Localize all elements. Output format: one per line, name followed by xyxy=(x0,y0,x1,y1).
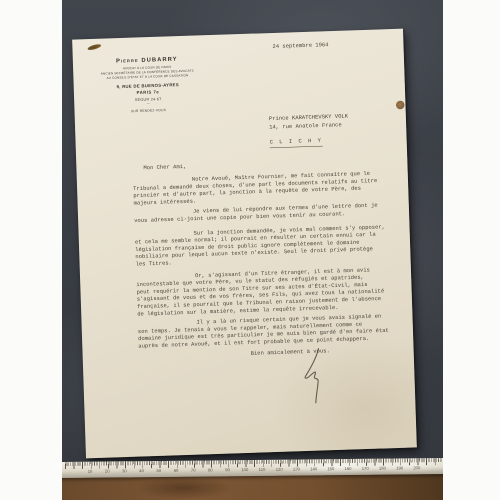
hole-punch-mark-icon xyxy=(396,101,405,110)
ruler-number: 150 xyxy=(327,466,334,471)
letter-body: Notre Avoué, Maître Fournier, me fait co… xyxy=(133,169,401,350)
ruler-number: 110 xyxy=(259,467,266,472)
ruler-number: 160 xyxy=(344,466,351,471)
ruler-number: 10 xyxy=(88,469,93,474)
recipient-block: Prince KARATCHEVSKY VOLK 14, rue Anatole… xyxy=(269,112,349,148)
recipient-city: C L I C H Y xyxy=(270,137,323,148)
ruler-number: 50 xyxy=(156,468,161,473)
ruler-number: 120 xyxy=(276,467,283,472)
ruler-number: 30 xyxy=(122,468,127,473)
letter-date: 24 septembre 1964 xyxy=(272,42,328,50)
ruler-number: 100 xyxy=(241,467,248,472)
letter-paragraph: Notre Avoué, Maître Fournier, me fait co… xyxy=(133,169,396,207)
letter-paragraph: Or, s'agissant d'un Titre étranger, il e… xyxy=(136,266,399,318)
ruler-number: 140 xyxy=(310,466,317,471)
ruler-number: 70 xyxy=(191,468,196,473)
ruler-number: 170 xyxy=(362,466,369,471)
salutation: Mon Cher Ami, xyxy=(143,164,186,171)
ruler-number: 200 xyxy=(413,465,420,470)
letter-content: Pierre DUBARRY AVOCAT À LA COUR DE PARIS… xyxy=(72,29,417,459)
letterhead-note: SUR RENDEZ-VOUS xyxy=(93,107,205,114)
ruler-number: 40 xyxy=(139,468,144,473)
letterhead-name: Pierre DUBARRY xyxy=(91,55,203,65)
ruler-number: 60 xyxy=(174,468,179,473)
paperclip-rust-mark-icon xyxy=(87,43,102,51)
ruler-number: 90 xyxy=(225,467,230,472)
ruler-number: 80 xyxy=(208,467,213,472)
product-photo: Pierre DUBARRY AVOCAT À LA COUR DE PARIS… xyxy=(62,0,443,500)
recipient-street: 14, rue Anatole France xyxy=(269,121,348,132)
letter-paragraph: Sur la jonction demandée, je vois mal co… xyxy=(135,223,398,268)
signature-scribble-icon xyxy=(300,346,334,406)
ruler-number: 20 xyxy=(105,468,110,473)
ruler-number: 130 xyxy=(293,467,300,472)
letter-paper: Pierre DUBARRY AVOCAT À LA COUR DE PARIS… xyxy=(72,29,417,459)
ruler-number: 190 xyxy=(396,465,403,470)
ruler-number: 180 xyxy=(379,466,386,471)
letterhead: Pierre DUBARRY AVOCAT À LA COUR DE PARIS… xyxy=(91,55,205,114)
letter-paragraph: Il y a là un risque certain que je vous … xyxy=(138,312,401,350)
